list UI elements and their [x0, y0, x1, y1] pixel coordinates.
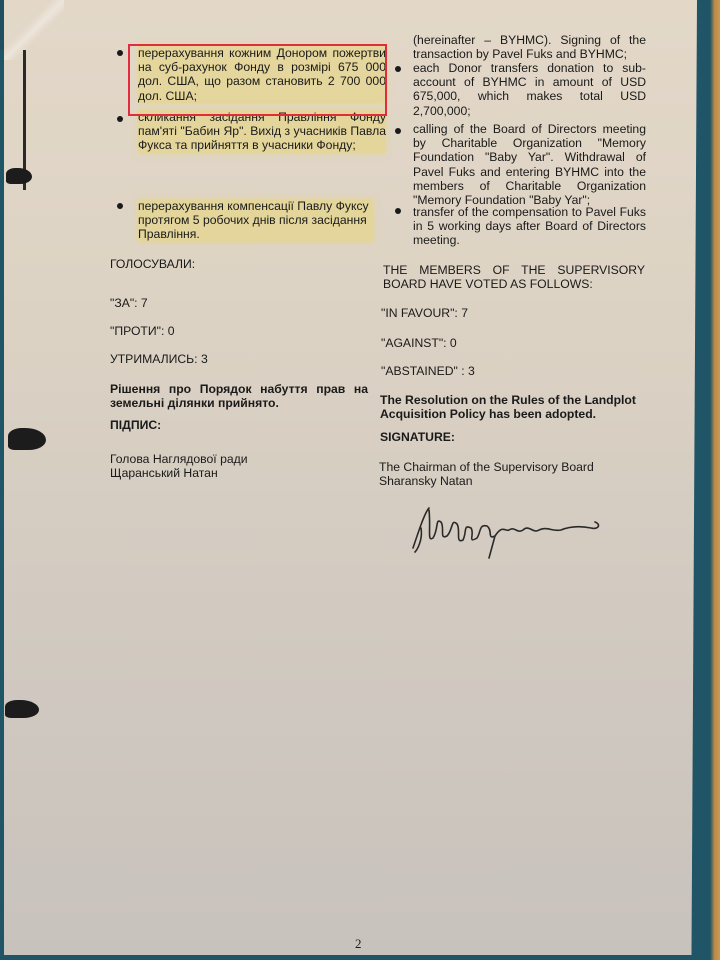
- punch-hole-mark: [5, 700, 39, 718]
- left-resolution: Рішення про Порядок набуття прав на земе…: [110, 382, 368, 410]
- right-bullet-3: transfer of the compensation to Pavel Fu…: [413, 205, 646, 248]
- right-vote-against: "AGAINST": 0: [381, 336, 457, 350]
- bullet-icon: [395, 128, 401, 134]
- right-vote-abstained: "ABSTAINED" : 3: [381, 364, 475, 378]
- right-signature-heading: SIGNATURE:: [380, 430, 455, 444]
- left-signer-title: Голова Наглядової ради: [110, 452, 248, 466]
- left-voted-heading: ГОЛОСУВАЛИ:: [110, 257, 195, 271]
- right-resolution: The Resolution on the Rules of the Landp…: [380, 393, 645, 421]
- background-edge-bottom: [0, 955, 700, 960]
- right-intro: (hereinafter – BYHMC). Signing of the tr…: [413, 33, 646, 61]
- right-signer-title: The Chairman of the Supervisory Board: [379, 460, 649, 474]
- left-bullet-2: скликання засідання Правління Фонду пам'…: [138, 110, 386, 153]
- bullet-icon: [117, 50, 123, 56]
- left-vote-against: "ПРОТИ": 0: [110, 324, 175, 338]
- left-vote-for: "ЗА": 7: [110, 296, 148, 310]
- bullet-icon: [117, 116, 123, 122]
- left-signer-name: Щаранський Натан: [110, 466, 218, 480]
- right-signer-name: Sharansky Natan: [379, 474, 473, 488]
- punch-hole-mark: [6, 168, 32, 184]
- light-glare: [4, 0, 64, 60]
- right-bullet-1: each Donor transfers donation to sub-acc…: [413, 61, 646, 118]
- table-edge: [706, 0, 720, 960]
- bullet-icon: [395, 66, 401, 72]
- bullet-icon: [117, 203, 123, 209]
- right-voted-heading: THE MEMBERS OF THE SUPERVISORY BOARD HAV…: [383, 263, 645, 291]
- right-vote-for: "IN FAVOUR": 7: [381, 306, 468, 320]
- background-edge: [0, 0, 4, 50]
- handwritten-signature: [405, 500, 615, 560]
- left-bullet-3: перерахування компенсації Павлу Фуксу пр…: [138, 199, 373, 242]
- left-vote-abstained: УТРИМАЛИСЬ: 3: [110, 352, 208, 366]
- highlight-box: [128, 44, 387, 116]
- page-number: 2: [355, 936, 362, 952]
- bullet-icon: [395, 208, 401, 214]
- punch-hole-mark: [8, 428, 46, 450]
- left-signature-heading: ПІДПИС:: [110, 418, 161, 432]
- right-bullet-2: calling of the Board of Directors meetin…: [413, 122, 646, 207]
